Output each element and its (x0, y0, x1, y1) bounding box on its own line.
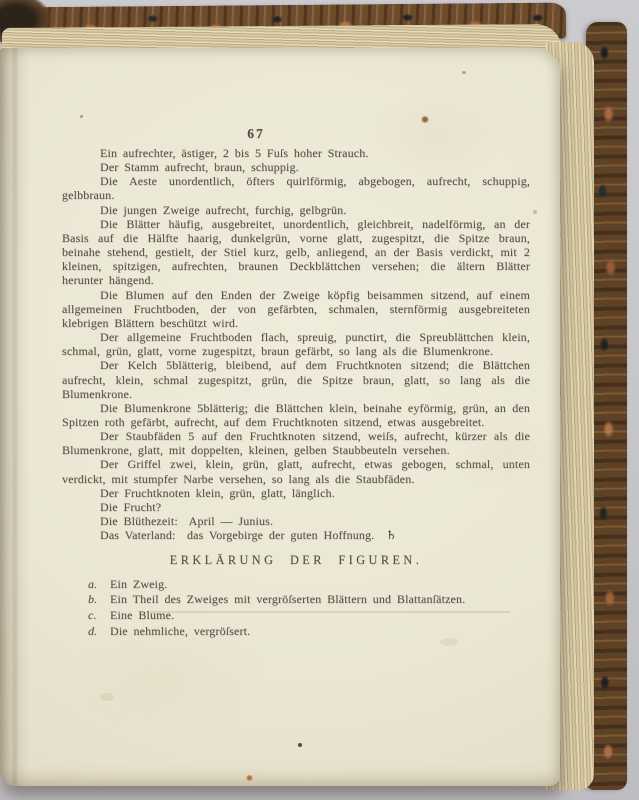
body-paragraph: Ein aufrechter, ästiger, 2 bis 5 Fuſs ho… (62, 146, 530, 160)
body-paragraph: Der Griffel zwei, klein, grün, glatt, au… (62, 457, 530, 485)
body-paragraph: Das Vaterland: das Vorgebirge der guten … (62, 528, 530, 542)
body-paragraph: Der Fruchtknoten klein, grün, glatt, län… (62, 486, 530, 500)
body-paragraph: Die Blumenkrone 5blätterig; die Blättche… (62, 401, 530, 429)
page-number: 67 (0, 126, 512, 142)
foxing-spot (462, 71, 466, 74)
figure-caption: Eine Blume. (110, 608, 530, 623)
figure-letter: b. (88, 592, 110, 607)
body-paragraph: Der Kelch 5blätterig, bleibend, auf dem … (62, 358, 530, 400)
page-text: Ein aufrechter, ästiger, 2 bis 5 Fuſs ho… (62, 146, 530, 640)
foxing-spot (421, 116, 429, 123)
foxing-spot (80, 115, 83, 118)
figure-letter: d. (88, 624, 110, 639)
body-paragraph: Die Blüthezeit: April — Junius. (62, 514, 530, 528)
body-paragraph: Die Blumen auf den Enden der Zweige köpf… (62, 288, 530, 330)
body-paragraph: Der allgemeine Fruchtboden flach, spreui… (62, 330, 530, 358)
body-paragraph: Der Stamm aufrecht, braun, schuppig. (62, 160, 530, 174)
figures-list: a. Ein Zweig. b. Ein Theil des Zweiges m… (88, 577, 530, 640)
figure-item: d. Die nehmliche, vergröſsert. (88, 624, 530, 639)
figure-caption: Ein Theil des Zweiges mit vergröſserten … (110, 592, 530, 607)
foxing-spot (298, 743, 302, 747)
foxing-spot (246, 775, 253, 781)
body-paragraph: Die Frucht? (62, 500, 530, 514)
foxing-spot (533, 210, 537, 214)
scanned-book-photo: 67 Ein aufrechter, ästiger, 2 bis 5 Fuſs… (0, 0, 639, 800)
book-page: 67 Ein aufrechter, ästiger, 2 bis 5 Fuſs… (0, 48, 560, 786)
body-paragraph: Die Aeste unordentlich, öfters quirlförm… (62, 174, 530, 202)
figure-item: b. Ein Theil des Zweiges mit vergröſsert… (88, 592, 530, 607)
figure-item: a. Ein Zweig. (88, 577, 530, 592)
body-paragraph: Die jungen Zweige aufrecht, furchig, gel… (62, 203, 530, 217)
figure-item: c. Eine Blume. (88, 608, 530, 623)
figures-heading: ERKLÄRUNG DER FIGUREN. (62, 553, 530, 567)
figure-caption: Ein Zweig. (110, 577, 530, 592)
body-paragraph: Der Staubfäden 5 auf den Fruchtknoten si… (62, 429, 530, 457)
body-paragraph: Die Blätter häufig, ausgebreitet, unorde… (62, 217, 530, 288)
figure-caption: Die nehmliche, vergröſsert. (110, 624, 530, 639)
figure-letter: a. (88, 577, 110, 592)
figure-letter: c. (88, 608, 110, 623)
foxing-stain (100, 693, 114, 701)
